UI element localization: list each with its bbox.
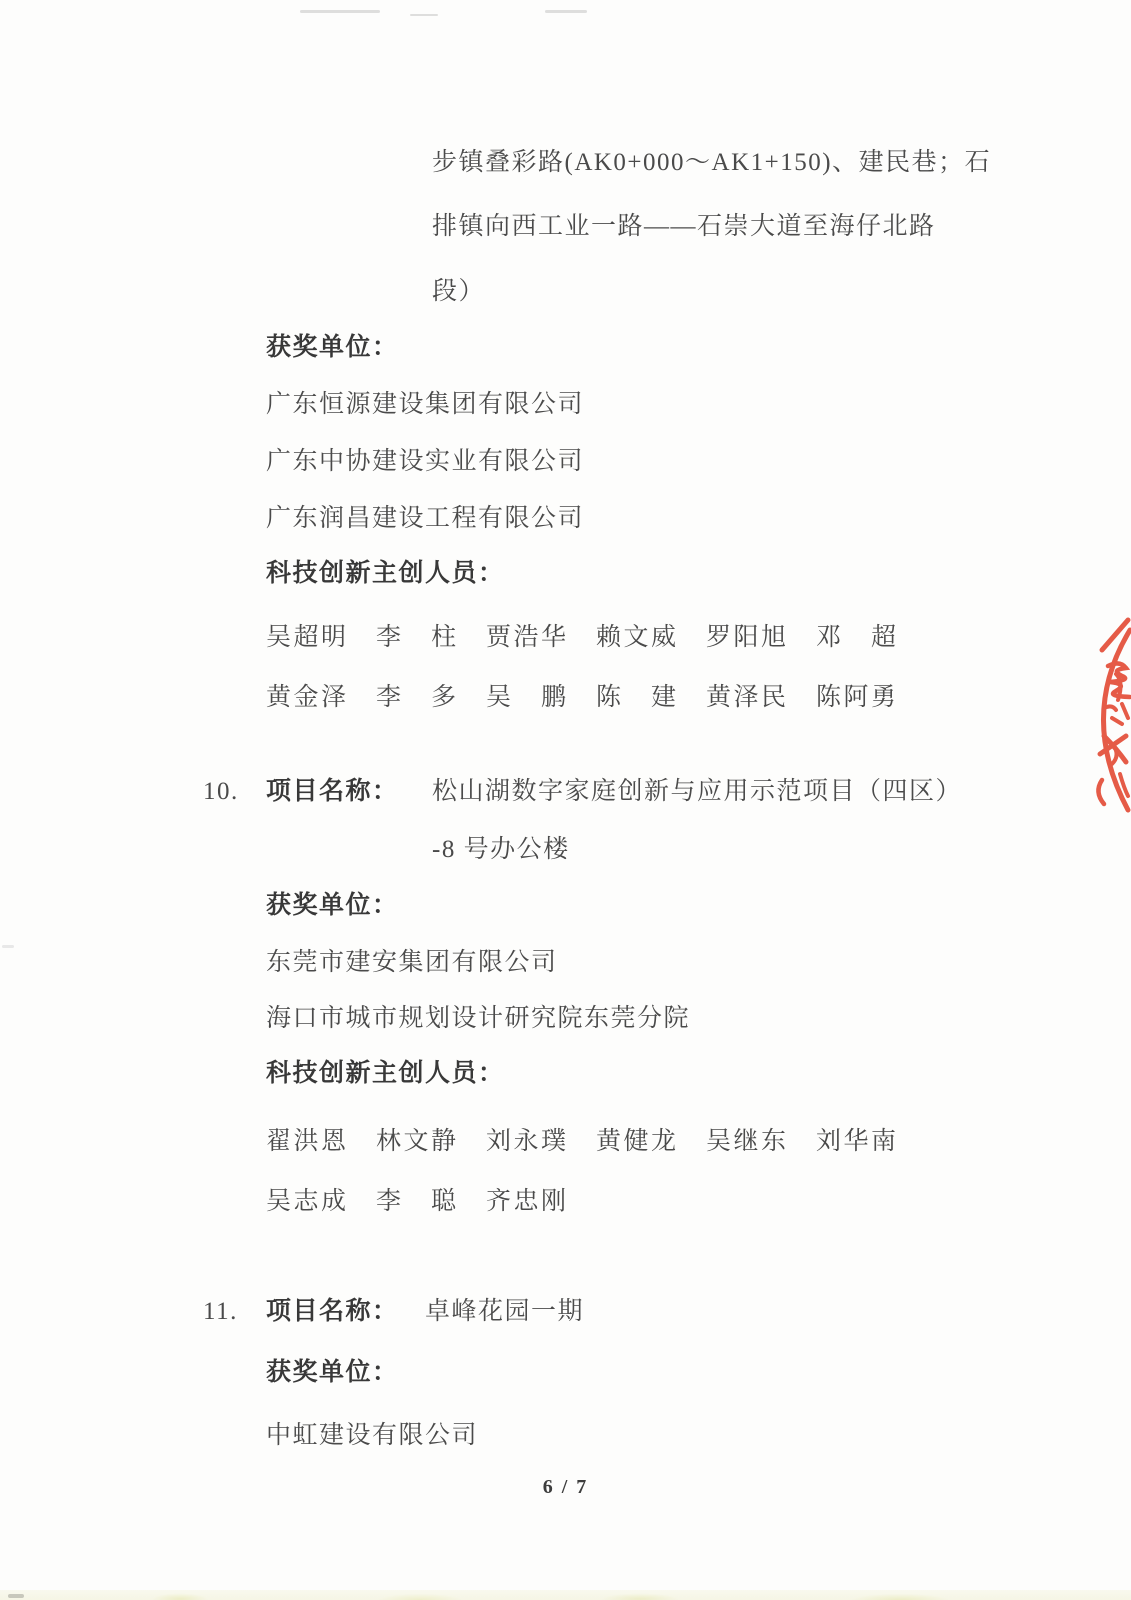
award-unit-label: 获奖单位：	[266, 890, 399, 921]
company-name: 中虹建设有限公司	[266, 1420, 478, 1451]
item-number: 10.	[203, 776, 239, 807]
project-location-line: 排镇向西工业一路——石崇大道至海仔北路	[432, 211, 936, 242]
scan-smudge	[8, 1594, 24, 1598]
company-name: 东莞市建安集团有限公司	[266, 947, 558, 978]
scan-smudge	[410, 14, 438, 16]
project-location-line: 步镇叠彩路(AK0+000～AK1+150)、建民巷；石	[432, 147, 991, 178]
company-name: 广东恒源建设集团有限公司	[266, 389, 584, 420]
company-name: 广东中协建设实业有限公司	[266, 446, 584, 477]
company-name: 海口市城市规划设计研究院东莞分院	[266, 1003, 690, 1034]
scan-edge-strip	[0, 1590, 1131, 1600]
personnel-names: 吴志成 李 聪 齐忠刚	[266, 1186, 569, 1217]
award-unit-label: 获奖单位：	[266, 332, 399, 363]
personnel-label: 科技创新主创人员：	[266, 558, 505, 589]
project-title-line: -8 号办公楼	[432, 834, 570, 865]
page-number: 6 / 7	[0, 1476, 1131, 1499]
scanned-document-page: 步镇叠彩路(AK0+000～AK1+150)、建民巷；石 排镇向西工业一路——石…	[0, 0, 1131, 1600]
scan-smudge	[300, 10, 380, 13]
scan-smudge	[545, 10, 587, 13]
personnel-label: 科技创新主创人员：	[266, 1058, 505, 1089]
project-name-label: 项目名称：	[266, 776, 399, 807]
project-title: 松山湖数字家庭创新与应用示范项目（四区）	[432, 776, 962, 807]
project-title: 卓峰花园一期	[425, 1296, 584, 1327]
project-name-label: 项目名称：	[266, 1296, 399, 1327]
scan-smudge	[2, 945, 14, 948]
personnel-names: 吴超明 李 柱 贾浩华 赖文威 罗阳旭 邓 超	[266, 622, 899, 653]
award-unit-label: 获奖单位：	[266, 1357, 399, 1388]
personnel-names: 翟洪恩 林文静 刘永璞 黄健龙 吴继东 刘华南	[266, 1126, 899, 1157]
red-seal-graphic	[1086, 604, 1131, 836]
red-seal-stamp	[1086, 604, 1131, 836]
project-location-line: 段）	[432, 276, 485, 307]
company-name: 广东润昌建设工程有限公司	[266, 503, 584, 534]
personnel-names: 黄金泽 李 多 吴 鹏 陈 建 黄泽民 陈阿勇	[266, 682, 899, 713]
item-number: 11.	[203, 1296, 238, 1327]
